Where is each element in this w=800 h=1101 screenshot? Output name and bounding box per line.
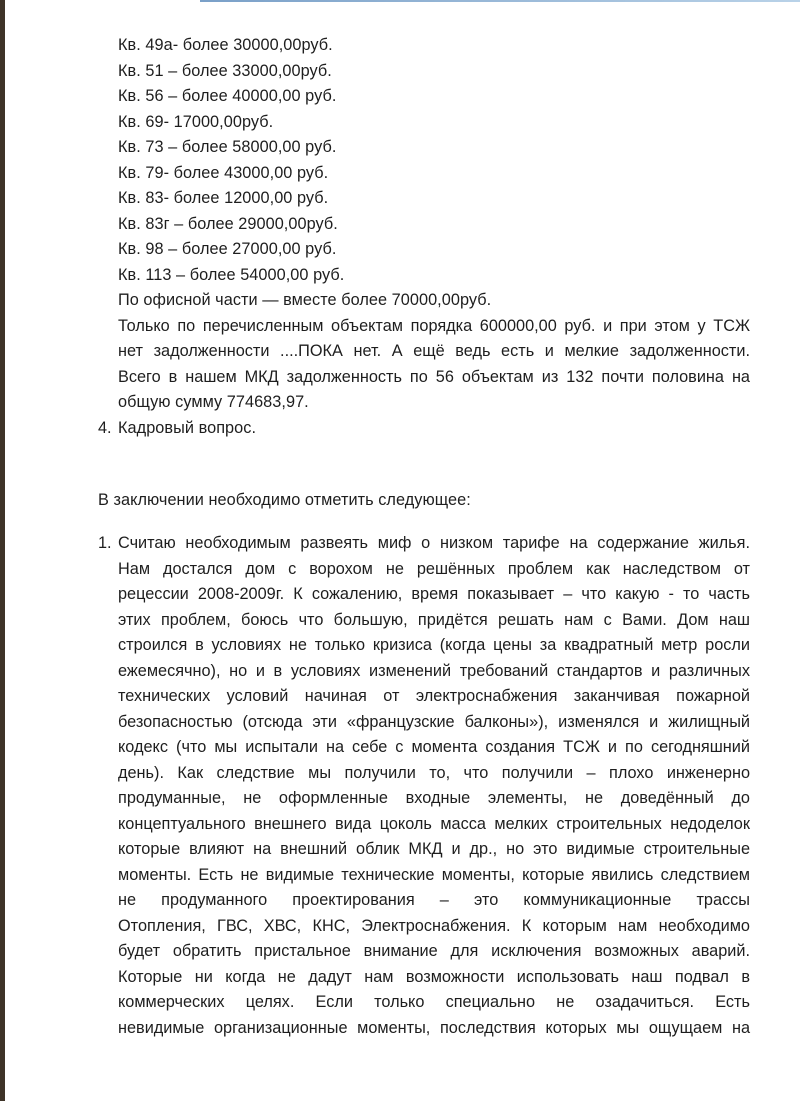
paragraph-line: коммерческих целях. Если только специаль… — [118, 992, 750, 1012]
list-number: 1. — [98, 533, 112, 553]
summary-line: нет задолженности ....ПОКА нет. А ещё ве… — [118, 341, 750, 361]
paragraph-line: невидимые организационные моменты, после… — [118, 1018, 750, 1038]
debt-item: Кв. 79- более 43000,00 руб. — [118, 163, 328, 183]
debt-item: Кв. 49а- более 30000,00руб. — [118, 35, 333, 55]
conclusion-heading: В заключении необходимо отметить следующ… — [98, 490, 471, 510]
list-number: 4. — [98, 418, 112, 438]
paragraph-line: этих проблем, боюсь что большую, придётс… — [118, 610, 750, 630]
paragraph-line: Отопления, ГВС, ХВС, КНС, Электроснабжен… — [118, 916, 750, 936]
paragraph-line: технических условий начиная от электросн… — [118, 686, 750, 706]
debt-item: Кв. 73 – более 58000,00 руб. — [118, 137, 336, 157]
paragraph-line: ежемесячно), но и в условиях изменений т… — [118, 661, 750, 681]
paragraph-line: моменты. Есть не видимые технические мом… — [118, 865, 750, 885]
paragraph-line: Считаю необходимым развеять миф о низком… — [118, 533, 750, 553]
debt-item: Кв. 51 – более 33000,00руб. — [118, 61, 332, 81]
paragraph-line: не продуманного проектирования – это ком… — [118, 890, 750, 910]
paragraph-line: будет обратить пристальное внимание для … — [118, 941, 750, 961]
debt-item: Кв. 83- более 12000,00 руб. — [118, 188, 328, 208]
paragraph-line: день). Как следствие мы получили то, что… — [118, 763, 750, 783]
paragraph-line: которые влияют на внешний облик МКД и др… — [118, 839, 750, 859]
debt-item: Кв. 83г – более 29000,00руб. — [118, 214, 338, 234]
list-item-text: Кадровый вопрос. — [118, 418, 256, 438]
paragraph-line: Которые ни когда не дадут нам возможност… — [118, 967, 750, 987]
debt-item: Кв. 98 – более 27000,00 руб. — [118, 239, 336, 259]
paragraph-line: рецессии 2008-2009г. К сожалению, время … — [118, 584, 750, 604]
summary-line: Только по перечисленным объектам порядка… — [118, 316, 750, 336]
paragraph-line: концептуального внешнего вида цоколь мас… — [118, 814, 750, 834]
debt-item-office: По офисной части — вместе более 70000,00… — [118, 290, 491, 310]
document-page: Кв. 49а- более 30000,00руб. Кв. 51 – бол… — [0, 0, 800, 1101]
summary-line: Всего в нашем МКД задолженность по 56 об… — [118, 367, 750, 387]
paragraph-line: продуманные, не оформленные входные элем… — [118, 788, 750, 808]
paragraph-line: Нам достался дом с ворохом не решённых п… — [118, 559, 750, 579]
paragraph-line: кодекс (что мы испытали на себе с момент… — [118, 737, 750, 757]
summary-line: общую сумму 774683,97. — [118, 392, 309, 412]
paragraph-line: строился в условиях не только кризиса (к… — [118, 635, 750, 655]
paragraph-line: безопасностью (отсюда эти «французские б… — [118, 712, 750, 732]
debt-item: Кв. 113 – более 54000,00 руб. — [118, 265, 344, 285]
debt-item: Кв. 56 – более 40000,00 руб. — [118, 86, 336, 106]
debt-item: Кв. 69- 17000,00руб. — [118, 112, 273, 132]
